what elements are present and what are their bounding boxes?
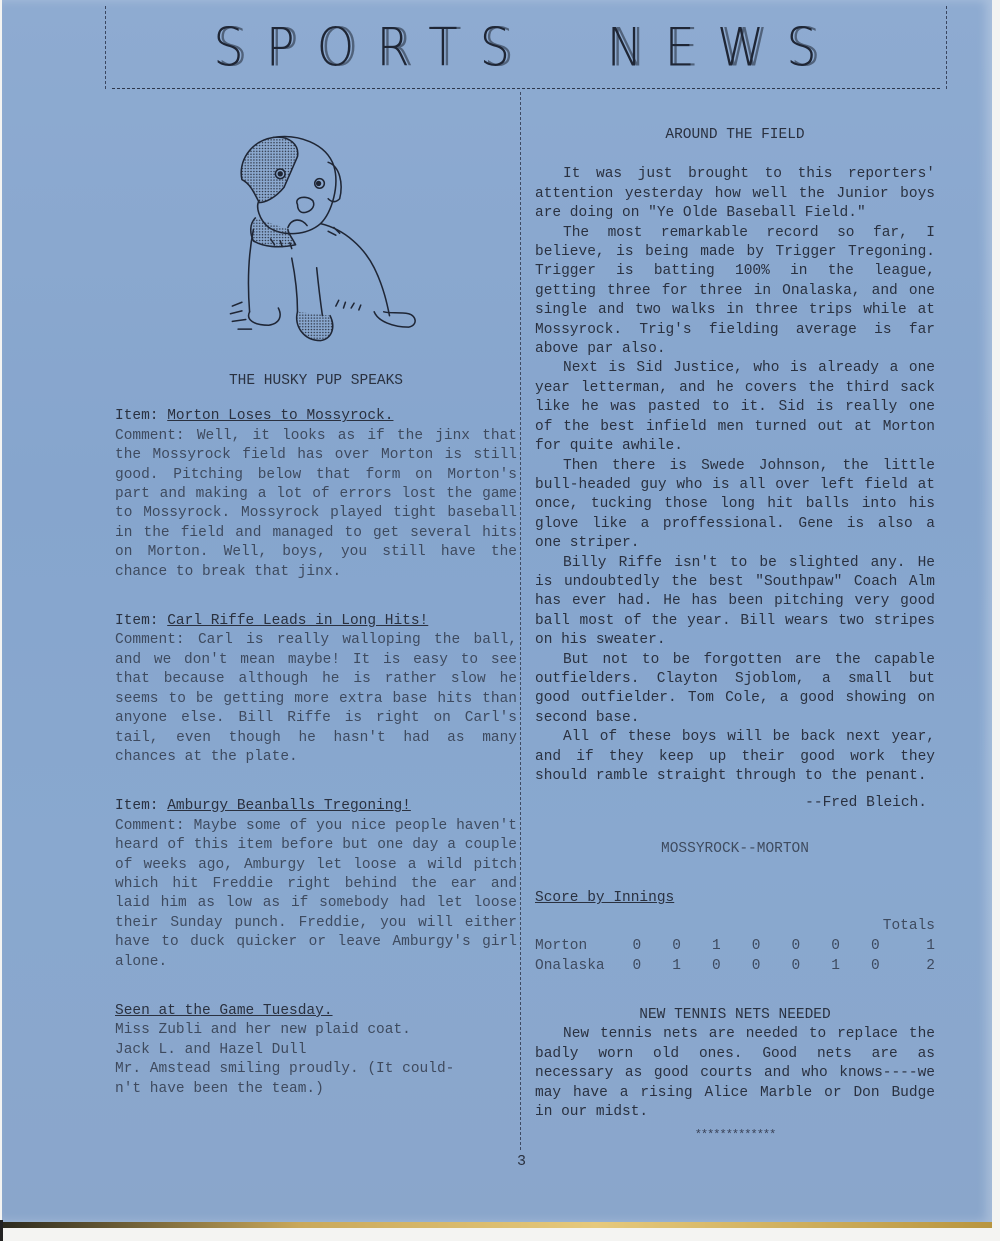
right-column: AROUND THE FIELD It was just brought to … [535, 126, 935, 1146]
comment-text: Maybe some of you nice people haven't he… [115, 818, 517, 970]
comment-label: Comment: [115, 818, 185, 834]
masthead-title: SPORTS NEWS [106, 17, 946, 79]
scoreboard-subtitle: Score by Innings [535, 889, 935, 908]
scoreboard: MOSSYROCK--MORTON Score by Innings Total… [535, 840, 935, 976]
article-paragraph: Billy Riffe isn't to be slighted any. He… [535, 554, 935, 651]
left-column: THE HUSKY PUP SPEAKS Item: Morton Loses … [115, 372, 517, 1099]
inning-score: 0 [856, 956, 896, 976]
total-score: 2 [895, 956, 935, 976]
article-paragraph: But not to be forgotten are the capable … [535, 651, 935, 729]
article-paragraph: Then there is Swede Johnson, the little … [535, 457, 935, 554]
seen-line: Miss Zubli and her new plaid coat. [115, 1021, 517, 1040]
item-label: Item: [115, 408, 159, 424]
inning-score: 0 [736, 956, 776, 976]
husky-pup-icon [215, 124, 495, 354]
item-title: Morton Loses to Mossyrock. [167, 408, 393, 424]
inning-score: 0 [617, 936, 657, 956]
section-divider: ************* [535, 1126, 935, 1145]
inning-score: 0 [776, 956, 816, 976]
item-label: Item: [115, 798, 159, 814]
comment-label: Comment: [115, 632, 185, 648]
comment-text: Well, it looks as if the jinx that the M… [115, 428, 517, 580]
score-row: Morton00100001 [535, 936, 935, 956]
inning-score: 0 [856, 936, 896, 956]
inning-score: 0 [697, 956, 737, 976]
column-item: Item: Amburgy Beanballs Tregoning! Comme… [115, 797, 517, 972]
article-paragraph: It was just brought to this reporters' a… [535, 165, 935, 223]
item-title: Carl Riffe Leads in Long Hits! [167, 613, 428, 629]
article-paragraph: The most remarkable record so far, I bel… [535, 224, 935, 360]
total-score: 1 [895, 936, 935, 956]
tennis-article: NEW TENNIS NETS NEEDED New tennis nets a… [535, 1006, 935, 1146]
column-item: Item: Carl Riffe Leads in Long Hits! Com… [115, 612, 517, 767]
inning-score: 0 [816, 936, 856, 956]
inning-score: 1 [816, 956, 856, 976]
page-edge [0, 1220, 3, 1241]
inning-score: 0 [657, 936, 697, 956]
inning-score: 1 [697, 936, 737, 956]
item-title: Amburgy Beanballs Tregoning! [167, 798, 411, 814]
team-name: Onalaska [535, 956, 617, 976]
masthead: SPORTS NEWS [105, 6, 947, 89]
seen-line: Jack L. and Hazel Dull [115, 1041, 517, 1060]
masthead-divider [112, 88, 940, 89]
author-signoff: --Fred Bleich. [535, 794, 927, 813]
score-table: Morton00100001Onalaska01000102 [535, 936, 935, 976]
inning-score: 1 [657, 956, 697, 976]
tennis-text: New tennis nets are needed to replace th… [535, 1025, 935, 1122]
article-paragraph: All of these boys will be back next year… [535, 728, 935, 786]
inning-score: 0 [776, 936, 816, 956]
inning-score: 0 [617, 956, 657, 976]
team-name: Morton [535, 936, 617, 956]
around-the-field-heading: AROUND THE FIELD [535, 126, 935, 145]
comment-label: Comment: [115, 428, 185, 444]
score-row: Onalaska01000102 [535, 956, 935, 976]
newsletter-page: SPORTS NEWS [2, 0, 992, 1222]
seen-at-game: Seen at the Game Tuesday. Miss Zubli and… [115, 1002, 517, 1099]
inning-score: 0 [736, 936, 776, 956]
page-number: 3 [517, 1153, 526, 1170]
tennis-heading: NEW TENNIS NETS NEEDED [535, 1006, 935, 1025]
totals-label: Totals [535, 917, 935, 936]
item-label: Item: [115, 613, 159, 629]
column-item: Item: Morton Loses to Mossyrock. Comment… [115, 407, 517, 582]
comment-text: Carl is really walloping the ball, and w… [115, 632, 517, 764]
seen-line: Mr. Amstead smiling proudly. (It could- [115, 1060, 517, 1079]
husky-pup-heading: THE HUSKY PUP SPEAKS [115, 372, 517, 391]
article-paragraph: Next is Sid Justice, who is already a on… [535, 359, 935, 456]
seen-title: Seen at the Game Tuesday. [115, 1002, 517, 1021]
seen-line: n't have been the team.) [115, 1080, 517, 1099]
column-divider [520, 92, 521, 1150]
scoreboard-title: MOSSYROCK--MORTON [535, 840, 935, 859]
